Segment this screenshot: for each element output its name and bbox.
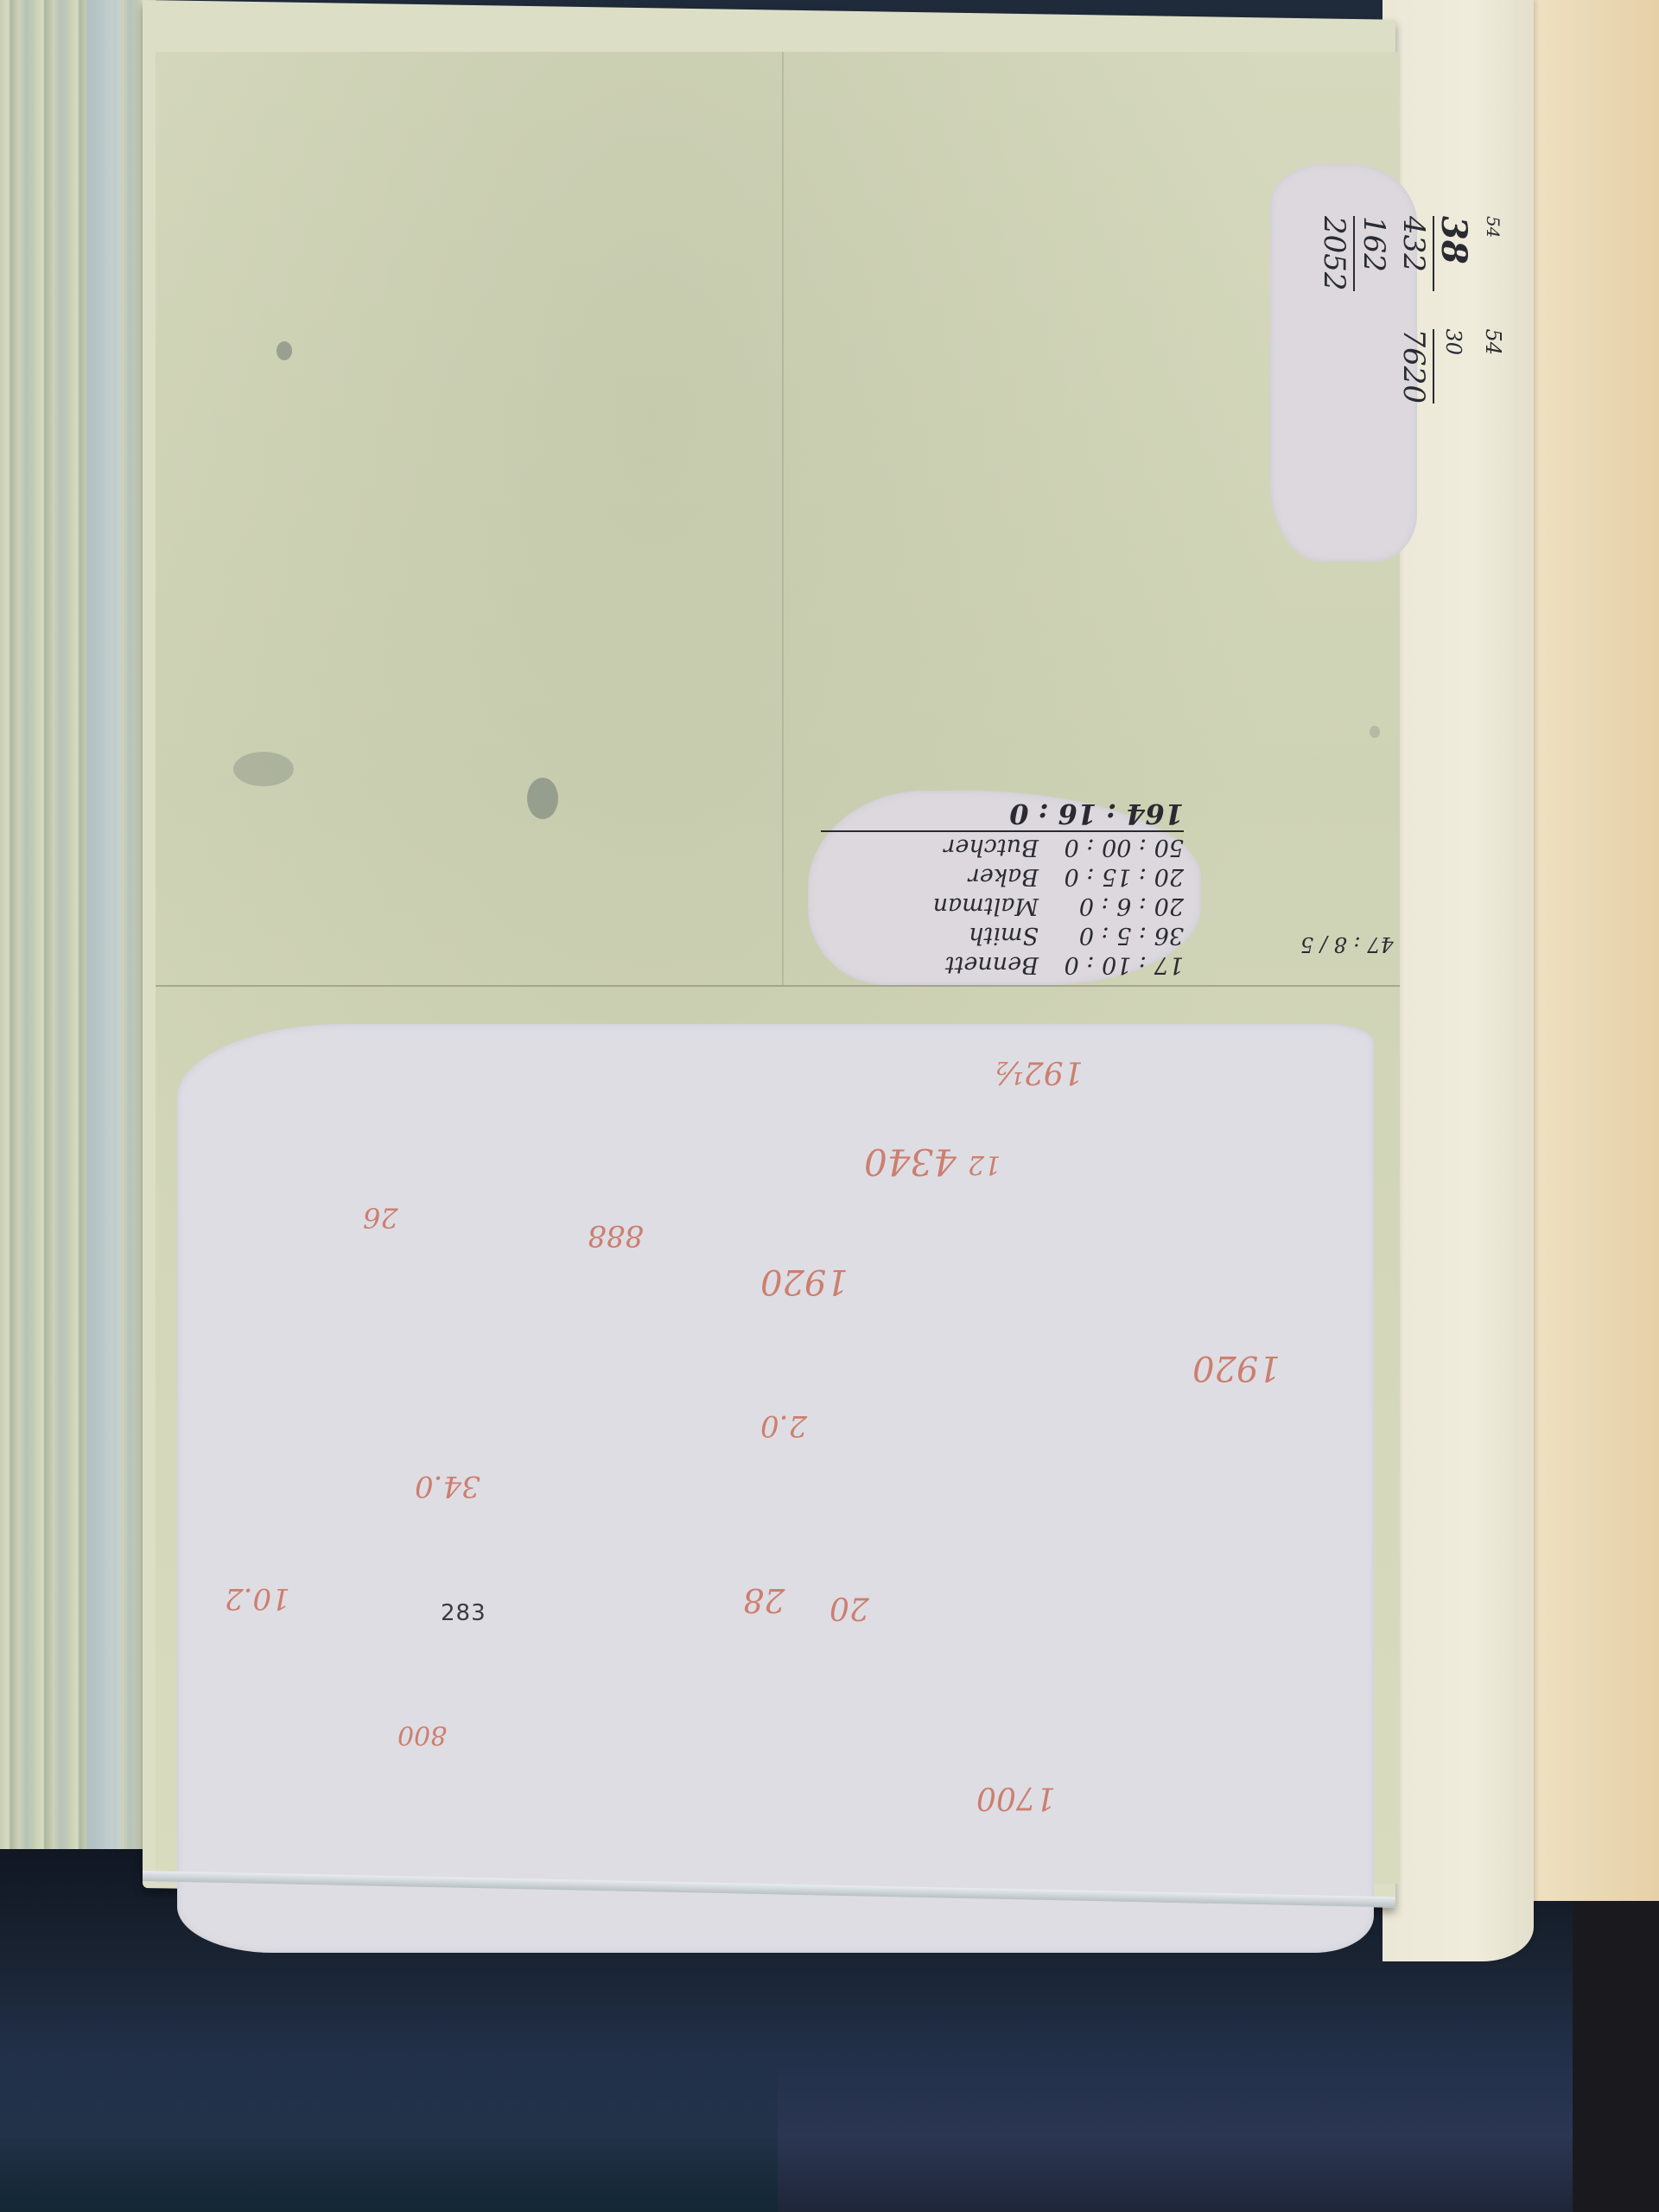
paper-fragment-red-chalk [177,1024,1374,1953]
calc-value: 54 [1472,216,1512,291]
book-cushion [1573,1866,1659,2212]
red-chalk-figure: 192½ [994,1054,1084,1090]
ledger-total: 164 : 16 : 0 [821,799,1184,832]
ledger-line: 20 : 15 : 0 Baker [821,861,1184,891]
page-stack-left [0,0,156,1849]
ledger-total-value: 164 : 16 : 0 [1009,799,1184,829]
red-chalk-figure: 800 [397,1719,447,1750]
vertical-fold-line [782,52,784,985]
ledger-amount: 20 : 6 : 0 [1054,891,1184,920]
ledger-name: Bennett [945,950,1039,979]
ledger-name: Butcher [944,832,1039,861]
ink-stain [233,752,294,786]
ledger-line: 20 : 6 : 0 Maltman [821,891,1184,920]
archive-photo: 54 38 432 162 2052 54 30 7620 17 : 10 : … [0,0,1659,2212]
calc-value: 30 [1433,329,1472,404]
red-chalk-figure: 26 [363,1201,398,1234]
red-chalk-figure: 1920 [1192,1348,1281,1388]
margin-note: 47 : 8 / 5 [1300,933,1394,956]
backboard [1521,0,1659,1901]
calc-value: 2052 [1313,216,1353,291]
ledger-name: Baker [969,861,1039,891]
ink-stain [527,778,558,819]
ink-stain [1370,726,1380,738]
calc-value: 54 [1472,329,1512,404]
ledger-line: 50 : 00 : 0 Butcher [821,832,1184,861]
red-chalk-figure: 4340 [864,1141,957,1183]
calc-value: 38 [1433,216,1472,291]
ledger-amount: 36 : 5 : 0 [1054,920,1184,950]
red-chalk-figure: 20 [829,1590,869,1625]
red-chalk-figure: 28 [743,1581,785,1619]
ledger-name: Maltman [933,891,1039,920]
ledger-amount: 50 : 00 : 0 [1054,832,1184,861]
red-chalk-figure: 34.0 [415,1469,480,1503]
calc-value: 7620 [1393,329,1433,404]
red-chalk-figure: 1700 [976,1780,1056,1815]
ink-stain [276,341,292,360]
ledger-block: 17 : 10 : 0 Bennett 36 : 5 : 0 Smith 20 … [821,799,1184,979]
ledger-name: Smith [969,920,1039,950]
ledger-amount: 17 : 10 : 0 [1054,950,1184,979]
calc-value: 162 [1353,216,1393,291]
blue-page-edge [86,0,121,1849]
calculation-block: 54 38 432 162 2052 54 30 7620 [1313,216,1512,501]
ledger-line: 17 : 10 : 0 Bennett [821,950,1184,979]
red-chalk-figure: 888 [588,1218,644,1253]
horizontal-fold-line [156,985,1400,987]
ledger-line: 36 : 5 : 0 Smith [821,920,1184,950]
table-shadow [0,2056,778,2212]
red-chalk-figure: 12 [968,1149,1001,1179]
folio-number: 283 [441,1600,486,1626]
red-chalk-figure: 10.2 [225,1581,290,1616]
red-chalk-figure: 1920 [760,1262,849,1301]
ledger-amount: 20 : 15 : 0 [1054,861,1184,891]
red-chalk-figure: 2.0 [760,1408,807,1443]
calc-value: 432 [1393,216,1433,291]
